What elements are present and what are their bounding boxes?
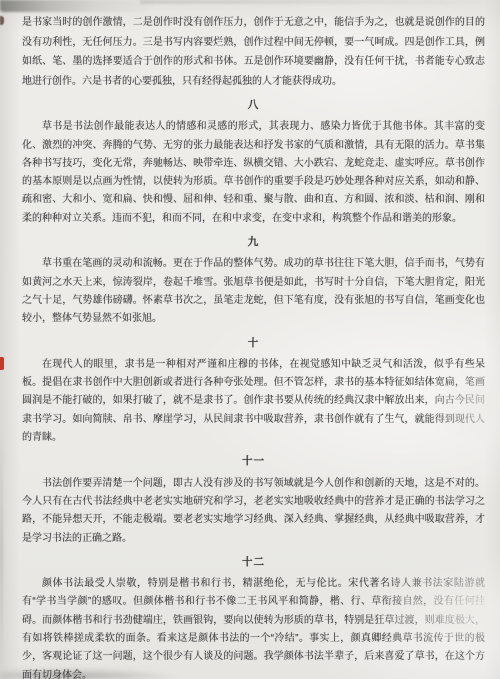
section-eight-paragraph: 草书是书法创作最能表达人的情感和灵感的形式，其表现力、感染力皆优于其他书体。其丰… [22, 118, 485, 228]
scan-edge-line-top [140, 0, 500, 4]
document-text-block: 是书家当时的创作激情，二是创作时没有创作压力，创作于无意之中，能信手为之，也就是… [22, 13, 485, 679]
section-nine: 九 草书重在笔画的灵动和流畅。更在于作品的整体气势。成功的草书往往下笔大胆，信手… [22, 233, 485, 328]
section-nine-paragraph: 草书重在笔画的灵动和流畅。更在于作品的整体气势。成功的草书往往下笔大胆，信手而书… [22, 255, 485, 328]
scan-smudge-top-left [0, 0, 155, 12]
section-twelve-heading: 十二 [22, 553, 485, 571]
section-nine-heading: 九 [22, 233, 485, 251]
section-twelve: 十二 颜体书法最受人崇敬，特别是楷书和行书，精湛绝伦，无与伦比。宋代著名诗人兼书… [22, 553, 485, 679]
paragraph-continuation: 是书家当时的创作激情，二是创作时没有创作压力，创作于无意之中，能信手为之，也就是… [22, 13, 485, 91]
section-eight: 八 草书是书法创作最能表达人的情感和灵感的形式，其表现力、感染力皆优于其他书体。… [22, 96, 485, 228]
section-eleven: 十一 书法创作要弄清楚一个问题，即古人没有涉及的书写领域就是今人创作和创新的天地… [22, 452, 485, 547]
section-ten-heading: 十 [22, 334, 485, 352]
section-ten-paragraph: 在现代人的眼里，隶书是一种相对严谨和庄穆的书体，在视觉感知中缺乏灵气和活泼，似乎… [22, 356, 485, 447]
section-eleven-paragraph: 书法创作要弄清楚一个问题，即古人没有涉及的书写领域就是今人创作和创新的天地，这是… [22, 475, 485, 548]
section-eleven-heading: 十一 [22, 452, 485, 470]
red-edge-mark [0, 357, 4, 370]
section-ten: 十 在现代人的眼里，隶书是一种相对严谨和庄穆的书体，在视觉感知中缺乏灵气和活泼，… [22, 334, 485, 448]
scanned-document-page: 是书家当时的创作激情，二是创作时没有创作压力，创作于无意之中，能信手为之，也就是… [0, 0, 500, 679]
scan-streak-left [0, 430, 3, 670]
section-eight-heading: 八 [22, 96, 485, 114]
scan-dot-left-edge [0, 16, 4, 25]
section-twelve-paragraph: 颜体书法最受人崇敬，特别是楷书和行书，精湛绝伦，无与伦比。宋代著名诗人兼书法家陆… [22, 575, 485, 679]
